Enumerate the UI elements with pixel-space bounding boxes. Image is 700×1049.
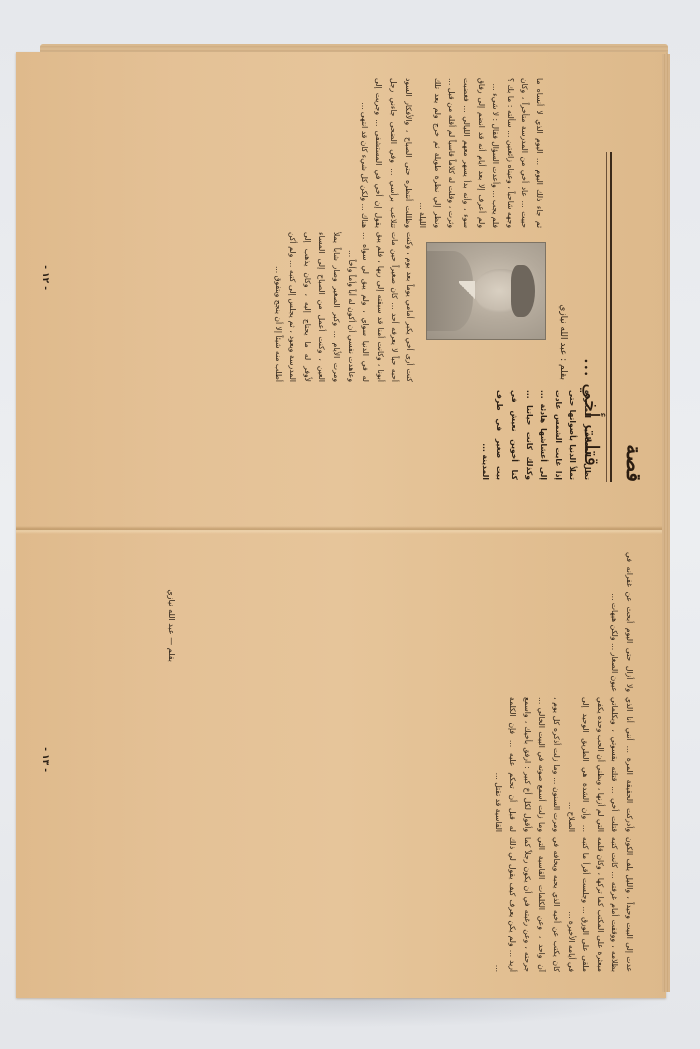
- column-4: وأدركت الحقيقة المرة ... أنني أنا الذي ق…: [76, 697, 636, 832]
- column-1: كنت أرى أخي يكبر أمامي يوماً بعد يوم ، و…: [36, 232, 416, 382]
- column-2: ثم جاء ذلك اليوم ... اليوم الذي لا أنساه…: [36, 78, 546, 228]
- column-5: ولا أزال حتى اليوم أبحث عن غفرانه في عيو…: [196, 552, 636, 692]
- byline: بقلم : عبد الله نيازي: [558, 304, 568, 380]
- column-3: عدت إلى البيت وحيداً ، والليل يلف الكون …: [76, 837, 636, 972]
- table-shadow: [20, 998, 670, 1028]
- page-12: قصة قتلت أخي ... بقلم : عبد الله نيازي ت…: [36, 70, 646, 490]
- author-signature: بقلم — عبد الله نيازي: [167, 589, 176, 662]
- story-intro: تظل العصافير المغردة تملأ الدنيا بأصواته…: [34, 390, 594, 480]
- page-number: - ١٣ -: [40, 747, 50, 772]
- paper-stack-side: [662, 54, 670, 992]
- author-portrait: [426, 242, 546, 340]
- center-fold: [16, 526, 666, 534]
- page-13: عدت إلى البيت وحيداً ، والليل يلف الكون …: [36, 542, 646, 982]
- magazine-spread: قصة قتلت أخي ... بقلم : عبد الله نيازي ت…: [16, 52, 666, 998]
- section-label: قصة: [622, 444, 646, 482]
- page-number: - ١٢ -: [40, 265, 50, 290]
- title-rule: [610, 152, 640, 482]
